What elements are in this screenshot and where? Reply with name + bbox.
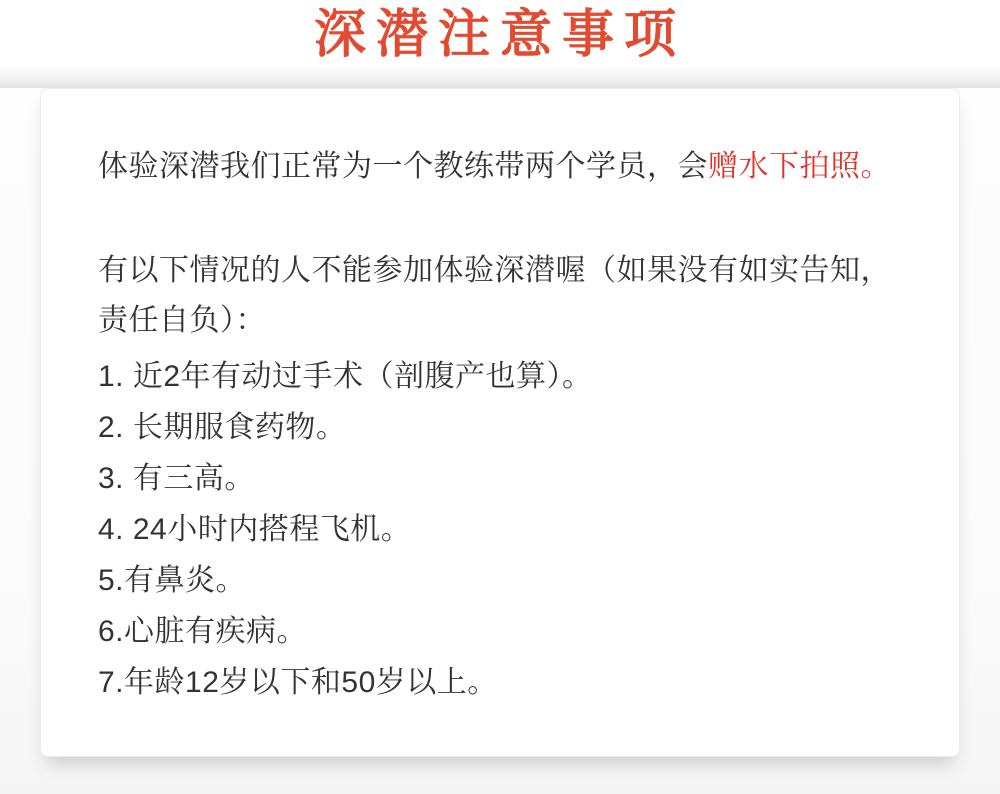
notice-list-item: 4. 24小时内搭程飞机。: [98, 504, 904, 555]
intro-highlight-text: 赠水下拍照。: [708, 150, 891, 183]
header-shadow-divider: [0, 64, 1000, 88]
notice-list-item: 5.有鼻炎。: [98, 555, 904, 606]
intro-paragraph: 体验深潜我们正常为一个教练带两个学员，会赠水下拍照。: [98, 142, 904, 192]
notice-list: 1. 近2年有动过手术（剖腹产也算）。2. 长期服食药物。3. 有三高。4. 2…: [98, 351, 904, 708]
warning-line-2: 责任自负）：: [98, 296, 904, 346]
page: 深潜注意事项 体验深潜我们正常为一个教练带两个学员，会赠水下拍照。 有以下情况的…: [0, 0, 1000, 794]
notice-card: 体验深潜我们正常为一个教练带两个学员，会赠水下拍照。 有以下情况的人不能参加体验…: [40, 88, 960, 757]
warning-line-1: 有以下情况的人不能参加体验深潜喔（如果没有如实告知，: [98, 246, 904, 296]
page-title: 深潜注意事项: [314, 6, 686, 64]
intro-text: 体验深潜我们正常为一个教练带两个学员，会: [98, 150, 708, 183]
notice-list-item: 6.心脏有疾病。: [98, 606, 904, 657]
notice-list-item: 2. 长期服食药物。: [98, 402, 904, 453]
notice-list-item: 3. 有三高。: [98, 453, 904, 504]
warning-paragraph: 有以下情况的人不能参加体验深潜喔（如果没有如实告知， 责任自负）：: [98, 246, 904, 346]
content-area: 体验深潜我们正常为一个教练带两个学员，会赠水下拍照。 有以下情况的人不能参加体验…: [0, 88, 1000, 794]
notice-list-item: 1. 近2年有动过手术（剖腹产也算）。: [98, 351, 904, 402]
header: 深潜注意事项: [0, 0, 1000, 64]
notice-list-item: 7.年龄12岁以下和50岁以上。: [98, 657, 904, 708]
